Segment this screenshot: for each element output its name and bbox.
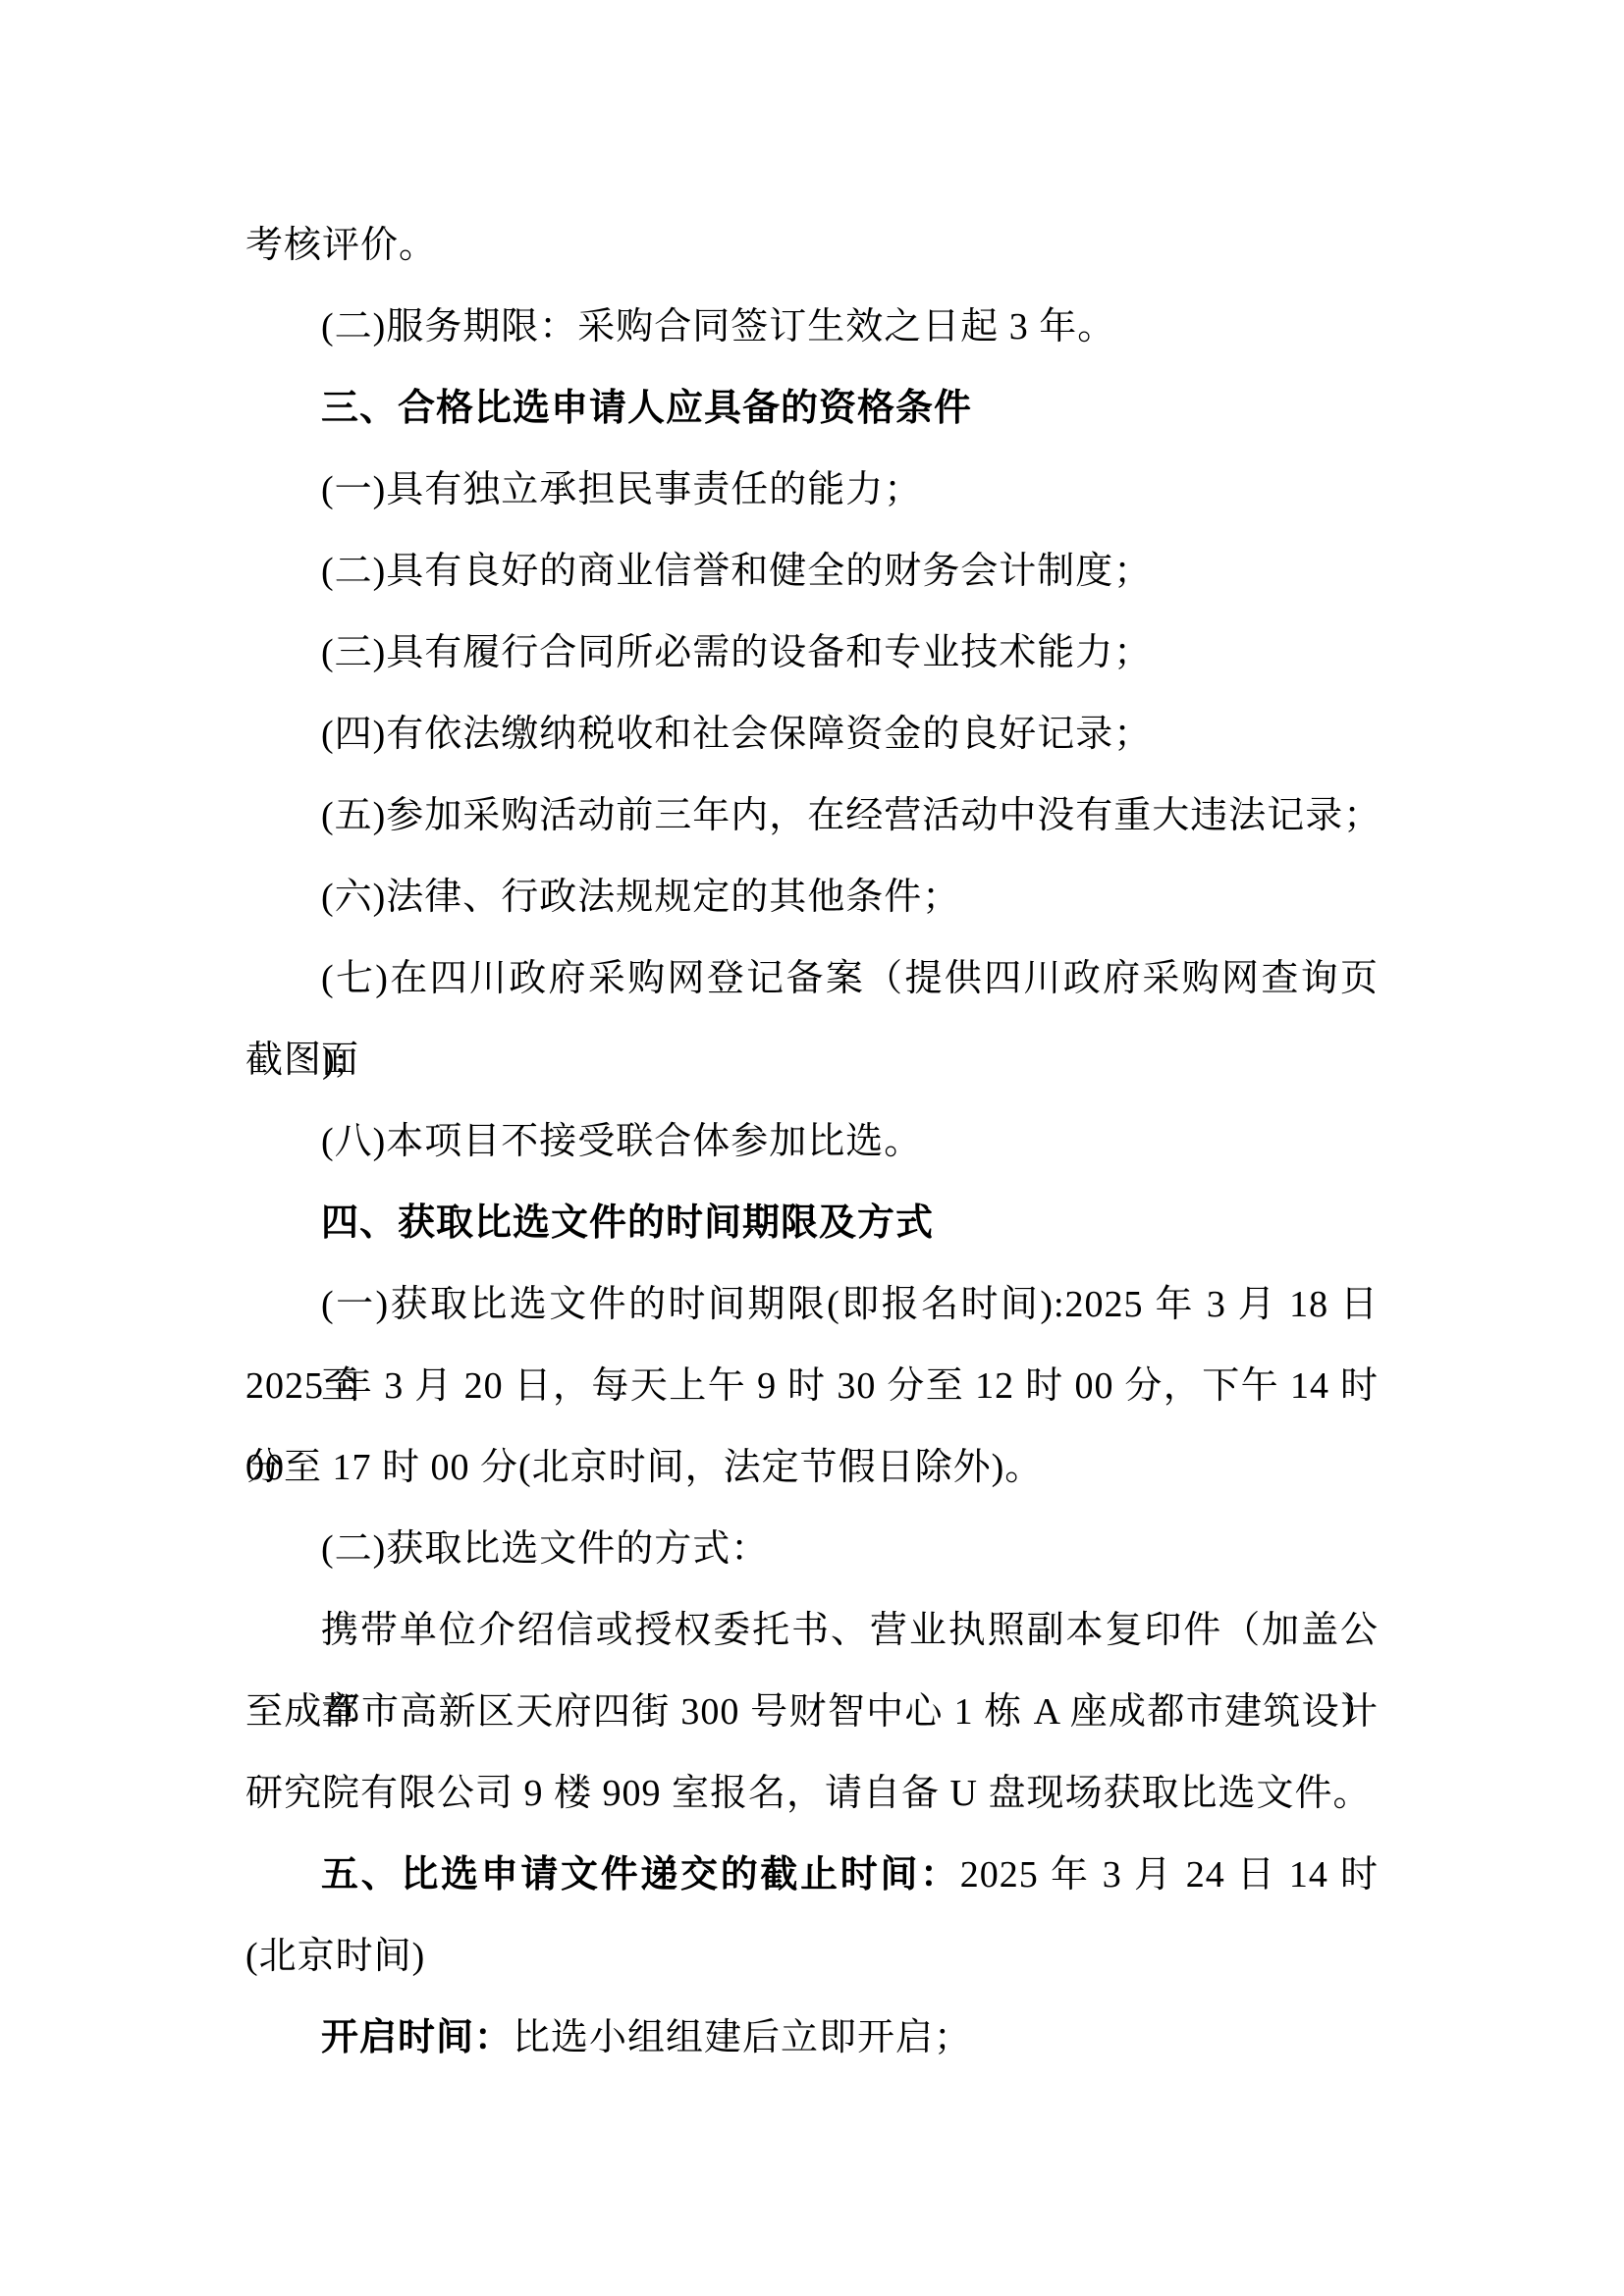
opening-time-value: 比选小组组建后立即开启；	[513, 2017, 972, 2058]
deadline-line: 五、比选申请文件递交的截止时间：2025 年 3 月 24 日 14 时	[245, 1835, 1379, 1916]
paragraph-continuation-line: 考核评价。	[245, 205, 1379, 287]
qualification-item-7-line-1: (七)在四川政府采购网登记备案（提供四川政府采购网查询页面	[245, 938, 1379, 1020]
deadline-value: 2025 年 3 月 24 日 14 时	[960, 1854, 1379, 1896]
qualification-item-4: (四)有依法缴纳税收和社会保障资金的良好记录；	[245, 694, 1379, 775]
service-term-line: (二)服务期限：采购合同签订生效之日起 3 年。	[245, 287, 1379, 368]
obtain-time-line-1: (一)获取比选文件的时间期限(即报名时间):2025 年 3 月 18 日至	[245, 1264, 1379, 1346]
obtain-method-line-1: 携带单位介绍信或授权委托书、营业执照副本复印件（加盖公章）	[245, 1590, 1379, 1672]
obtain-time-line-3: 分至 17 时 00 分(北京时间，法定节假日除外)。	[245, 1427, 1379, 1509]
deadline-timezone-line: (北京时间)	[245, 1916, 1379, 1998]
qualification-item-7-line-2: 截图);	[245, 1020, 1379, 1101]
obtain-method-line-3: 研究院有限公司 9 楼 909 室报名，请自备 U 盘现场获取比选文件。	[245, 1753, 1379, 1835]
section-heading-4: 四、获取比选文件的时间期限及方式	[245, 1183, 1379, 1264]
opening-time-line: 开启时间：比选小组组建后立即开启；	[245, 1998, 1379, 2079]
qualification-item-2: (二)具有良好的商业信誉和健全的财务会计制度；	[245, 531, 1379, 613]
opening-time-label: 开启时间：	[321, 2017, 513, 2058]
obtain-time-line-2: 2025 年 3 月 20 日，每天上午 9 时 30 分至 12 时 00 分…	[245, 1346, 1379, 1427]
document-page: 考核评价。 (二)服务期限：采购合同签订生效之日起 3 年。 三、合格比选申请人…	[0, 0, 1624, 2296]
obtain-method-heading-line: (二)获取比选文件的方式：	[245, 1509, 1379, 1590]
section-heading-3: 三、合格比选申请人应具备的资格条件	[245, 368, 1379, 450]
qualification-item-3: (三)具有履行合同所必需的设备和专业技术能力；	[245, 613, 1379, 694]
qualification-item-1: (一)具有独立承担民事责任的能力；	[245, 450, 1379, 531]
document-text-block: 考核评价。 (二)服务期限：采购合同签订生效之日起 3 年。 三、合格比选申请人…	[245, 205, 1379, 2079]
obtain-method-line-2: 至成都市高新区天府四街 300 号财智中心 1 栋 A 座成都市建筑设计	[245, 1672, 1379, 1753]
qualification-item-8: (八)本项目不接受联合体参加比选。	[245, 1101, 1379, 1183]
qualification-item-6: (六)法律、行政法规规定的其他条件；	[245, 857, 1379, 938]
deadline-label: 五、比选申请文件递交的截止时间：	[321, 1854, 960, 1896]
qualification-item-5: (五)参加采购活动前三年内，在经营活动中没有重大违法记录；	[245, 775, 1379, 857]
